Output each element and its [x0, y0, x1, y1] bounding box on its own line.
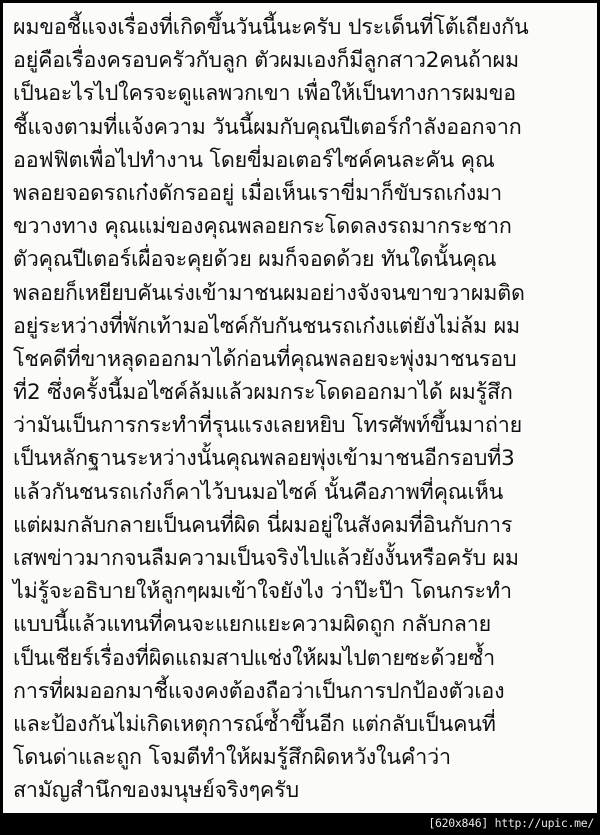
- text-line: สามัญสำนึกของมนุษย์จริงๆครับ: [13, 774, 598, 807]
- text-line: แล้วกันชนรถเก๋งก็คาไว้บนมอไซค์ นั้นคือภา…: [13, 476, 598, 509]
- watermark-bar: [620x846] http://upic.me/: [0, 813, 600, 835]
- text-line: การที่ผมออกมาชี้แจงคงต้องถือว่าเป็นการปก…: [13, 675, 598, 708]
- statement-text: ผมขอชี้แจงเรื่องที่เกิดขึ้นวันนี้นะครับ …: [13, 11, 598, 808]
- text-panel: ผมขอชี้แจงเรื่องที่เกิดขึ้นวันนี้นะครับ …: [3, 3, 597, 813]
- text-line: พลอยก็เหยียบคันเร่งเข้ามาชนผมอย่างจังจนข…: [13, 277, 598, 310]
- text-line: ที่2 ซึ่งครั้งนี้มอไซค์ล้มแล้วผมกระโดดออ…: [13, 376, 598, 409]
- text-line: ว่ามันเป็นการกระทำที่รุนแรงเลยหยิบ โทรศั…: [13, 409, 598, 442]
- text-line: เสพข่าวมากจนลืมความเป็นจริงไปแล้วยังงั้น…: [13, 542, 598, 575]
- text-line: ไม่รู้จะอธิบายให้ลูกๆผมเข้าใจยังไง ว่าป๊…: [13, 575, 598, 608]
- text-line: เป็นหลักฐานระหว่างนั้นคุณพลอยพุ่งเข้ามาช…: [13, 442, 598, 475]
- text-line: ตัวคุณปีเตอร์เผื่อจะคุยด้วย ผมก็จอดด้วย …: [13, 243, 598, 276]
- text-line: เป็นเชียร์เรื่องที่ผิดแถมสาปแช่งให้ผมไปต…: [13, 642, 598, 675]
- text-line: แต่ผมกลับกลายเป็นคนที่ผิด นี่ผมอยู่ในสัง…: [13, 509, 598, 542]
- text-line: โดนด่าและถูก โจมตีทำให้ผมรู้สึกผิดหวังใน…: [13, 741, 598, 774]
- text-line: พลอยจอดรถเก๋งดักรออยู่ เมื่อเห็นเราขี่มา…: [13, 177, 598, 210]
- text-line: อยู่คือเรื่องครอบครัวกับลูก ตัวผมเองก็มี…: [13, 44, 598, 77]
- text-line: เป็นอะไรไปใครจะดูแลพวกเขา เพื่อให้เป็นทา…: [13, 77, 598, 110]
- text-line: และป้องกันไม่เกิดเหตุการณ์ซ้ำขึ้นอีก แต่…: [13, 708, 598, 741]
- text-line: ชี้แจงตามที่แจ้งความ วันนี้ผมกับคุณปีเตอ…: [13, 111, 598, 144]
- text-line: ออฟฟิตเพื่อไปทำงาน โดยขี่มอเตอร์ไซค์คนละ…: [13, 144, 598, 177]
- text-line: ขวางทาง คุณแม่ของคุณพลอยกระโดดลงรถมากระช…: [13, 210, 598, 243]
- text-line: อยู่ระหว่างที่พักเท้ามอไซค์กับกันชนรถเก๋…: [13, 310, 598, 343]
- text-line: ผมขอชี้แจงเรื่องที่เกิดขึ้นวันนี้นะครับ …: [13, 11, 598, 44]
- watermark-text: [620x846] http://upic.me/: [428, 815, 594, 831]
- text-line: แบบนี้แล้วแทนที่คนจะแยกแยะความผิดถูก กลั…: [13, 608, 598, 641]
- text-line: โชคดีที่ขาหลุดออกมาได้ก่อนที่คุณพลอยจะพุ…: [13, 343, 598, 376]
